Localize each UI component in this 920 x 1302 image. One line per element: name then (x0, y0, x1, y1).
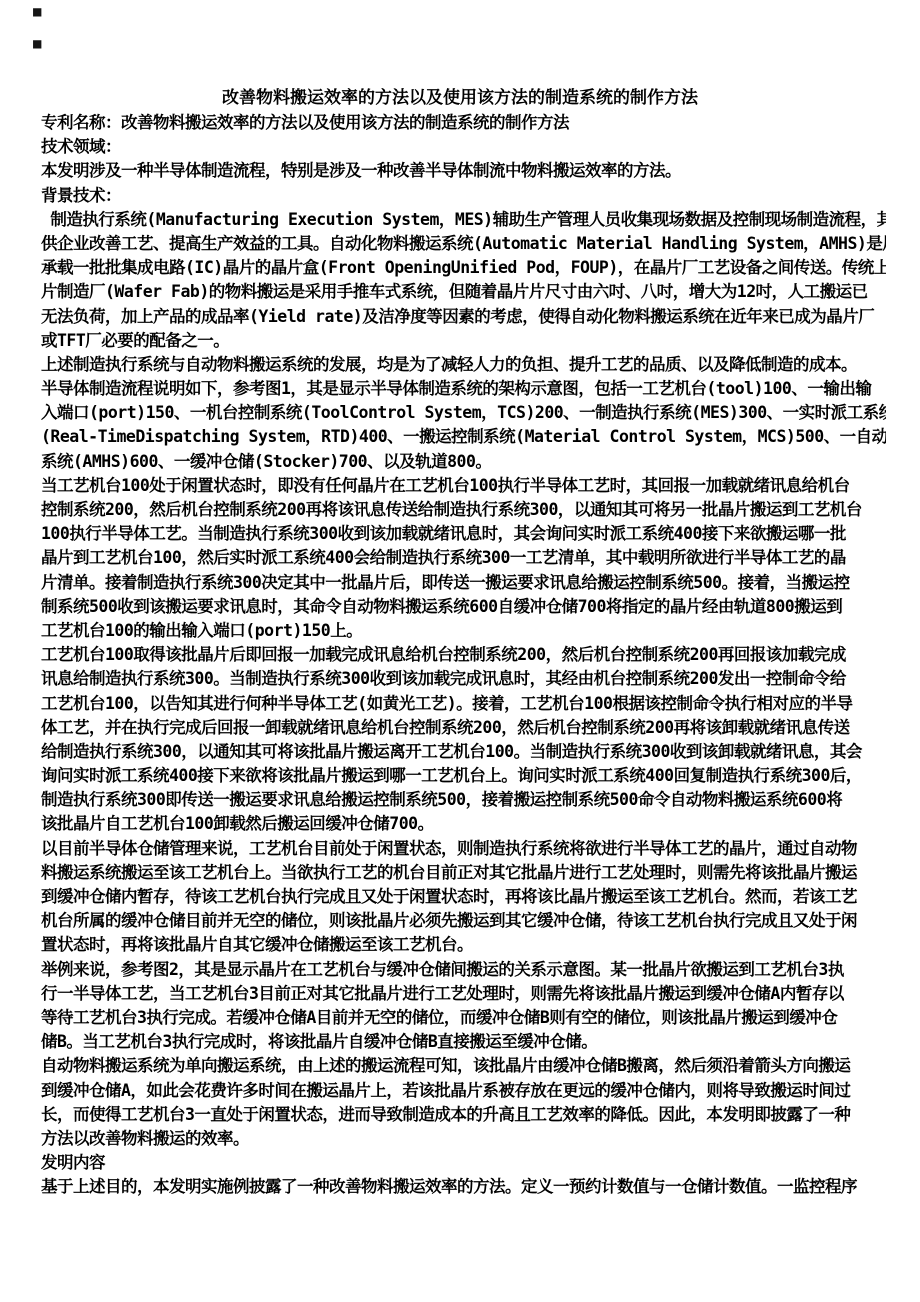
text-line: 入端口(port)150、一机台控制系统(ToolControl System，… (41, 401, 886, 425)
text-line: 工艺机台100的输出输入端口(port)150上。 (41, 619, 886, 643)
text-line: 无法负荷，加上产品的成品率(Yield rate)及洁净度等因素的考虑，使得自动… (41, 305, 886, 329)
text-line: 长，而使得工艺机台3一直处于闲置状态，进而导致制造成本的升高且工艺效率的降低。因… (41, 1103, 886, 1127)
text-line: (Real-TimeDispatching System，RTD)400、一搬运… (41, 425, 886, 449)
text-line: 专利名称：改善物料搬运效率的方法以及使用该方法的制造系统的制作方法 (41, 111, 886, 135)
text-line: 基于上述目的，本发明实施例披露了一种改善物料搬运效率的方法。定义一预约计数值与一… (41, 1175, 886, 1199)
text-line: 到缓冲仓储A，如此会花费许多时间在搬运晶片上，若该批晶片系被存放在更远的缓冲仓储… (41, 1079, 886, 1103)
document-title: 改善物料搬运效率的方法以及使用该方法的制造系统的制作方法 (0, 88, 920, 108)
patent-document-page: ■ ■ 改善物料搬运效率的方法以及使用该方法的制造系统的制作方法 专利名称：改善… (0, 0, 920, 1302)
text-line: 发明内容 (41, 1151, 886, 1175)
text-line: 或TFT厂必要的配备之一。 (41, 329, 886, 353)
text-line: 100执行半导体工艺。当制造执行系统300收到该加载就绪讯息时，其会询问实时派工… (41, 522, 886, 546)
text-line: 晶片到工艺机台100，然后实时派工系统400会给制造执行系统300一工艺清单，其… (41, 546, 886, 570)
text-line: 到缓冲仓储内暂存，待该工艺机台执行完成且又处于闲置状态时，再将该比晶片搬运至该工… (41, 885, 886, 909)
artifact-square-icon: ■ (33, 5, 41, 19)
text-line: 给制造执行系统300，以通知其可将该批晶片搬运离开工艺机台100。当制造执行系统… (41, 740, 886, 764)
text-line: 当工艺机台100处于闲置状态时，即没有任何晶片在工艺机台100执行半导体工艺时，… (41, 474, 886, 498)
text-line: 制造执行系统300即传送一搬运要求讯息给搬运控制系统500，接着搬运控制系统50… (41, 788, 886, 812)
text-line: 制造执行系统(Manufacturing Execution System，ME… (41, 208, 886, 232)
text-line: 方法以改善物料搬运的效率。 (41, 1127, 886, 1151)
text-line: 询问实时派工系统400接下来欲将该批晶片搬运到哪一工艺机台上。询问实时派工系统4… (41, 764, 886, 788)
document-body: 专利名称：改善物料搬运效率的方法以及使用该方法的制造系统的制作方法技术领域：本发… (41, 111, 886, 1199)
text-line: 制系统500收到该搬运要求讯息时，其命令自动物料搬运系统600自缓冲仓储700将… (41, 595, 886, 619)
text-line: 储B。当工艺机台3执行完成时，将该批晶片自缓冲仓储B直接搬运至缓冲仓储。 (41, 1030, 886, 1054)
text-line: 体工艺，并在执行完成后回报一卸载就绪讯息给机台控制系统200，然后机台控制系统2… (41, 716, 886, 740)
artifact-square-icon: ■ (33, 37, 41, 51)
text-line: 技术领域： (41, 135, 886, 159)
text-line: 工艺机台100取得该批晶片后即回报一加载完成讯息给机台控制系统200，然后机台控… (41, 643, 886, 667)
text-line: 以目前半导体仓储管理来说，工艺机台目前处于闲置状态，则制造执行系统将欲进行半导体… (41, 837, 886, 861)
text-line: 本发明涉及一种半导体制造流程，特别是涉及一种改善半导体制流中物料搬运效率的方法。 (41, 159, 886, 183)
text-line: 置状态时，再将该批晶片自其它缓冲仓储搬运至该工艺机台。 (41, 933, 886, 957)
text-line: 片清单。接着制造执行系统300决定其中一批晶片后，即传送一搬运要求讯息给搬运控制… (41, 571, 886, 595)
text-line: 举例来说，参考图2，其是显示晶片在工艺机台与缓冲仓储间搬运的关系示意图。某一批晶… (41, 958, 886, 982)
text-line: 片制造厂(Wafer Fab)的物料搬运是采用手推车式系统，但随着晶片片尺寸由六… (41, 280, 886, 304)
text-line: 上述制造执行系统与自动物料搬运系统的发展，均是为了减轻人力的负担、提升工艺的品质… (41, 353, 886, 377)
text-line: 承载一批批集成电路(IC)晶片的晶片盒(Front OpeningUnified… (41, 256, 886, 280)
text-line: 控制系统200，然后机台控制系统200再将该讯息传送给制造执行系统300，以通知… (41, 498, 886, 522)
text-line: 该批晶片自工艺机台100卸载然后搬运回缓冲仓储700。 (41, 812, 886, 836)
text-line: 等待工艺机台3执行完成。若缓冲仓储A目前并无空的储位，而缓冲仓储B则有空的储位，… (41, 1006, 886, 1030)
text-line: 半导体制造流程说明如下，参考图1，其是显示半导体制造系统的架构示意图，包括一工艺… (41, 377, 886, 401)
text-line: 料搬运系统搬运至该工艺机台上。当欲执行工艺的机台目前正对其它批晶片进行工艺处理时… (41, 861, 886, 885)
text-line: 工艺机台100，以告知其进行何种半导体工艺(如黄光工艺)。接着，工艺机台100根… (41, 692, 886, 716)
text-line: 自动物料搬运系统为单向搬运系统，由上述的搬运流程可知，该批晶片由缓冲仓储B搬离，… (41, 1054, 886, 1078)
text-line: 背景技术： (41, 184, 886, 208)
text-line: 系统(AMHS)600、一缓冲仓储(Stocker)700、以及轨道800。 (41, 450, 886, 474)
text-line: 机台所属的缓冲仓储目前并无空的储位，则该批晶片必须先搬运到其它缓冲仓储，待该工艺… (41, 909, 886, 933)
text-line: 讯息给制造执行系统300。当制造执行系统300收到该加载完成讯息时，其经由机台控… (41, 667, 886, 691)
text-line: 行一半导体工艺，当工艺机台3目前正对其它批晶片进行工艺处理时，则需先将该批晶片搬… (41, 982, 886, 1006)
text-line: 供企业改善工艺、提高生产效益的工具。自动化物料搬运系统(Automatic Ma… (41, 232, 886, 256)
